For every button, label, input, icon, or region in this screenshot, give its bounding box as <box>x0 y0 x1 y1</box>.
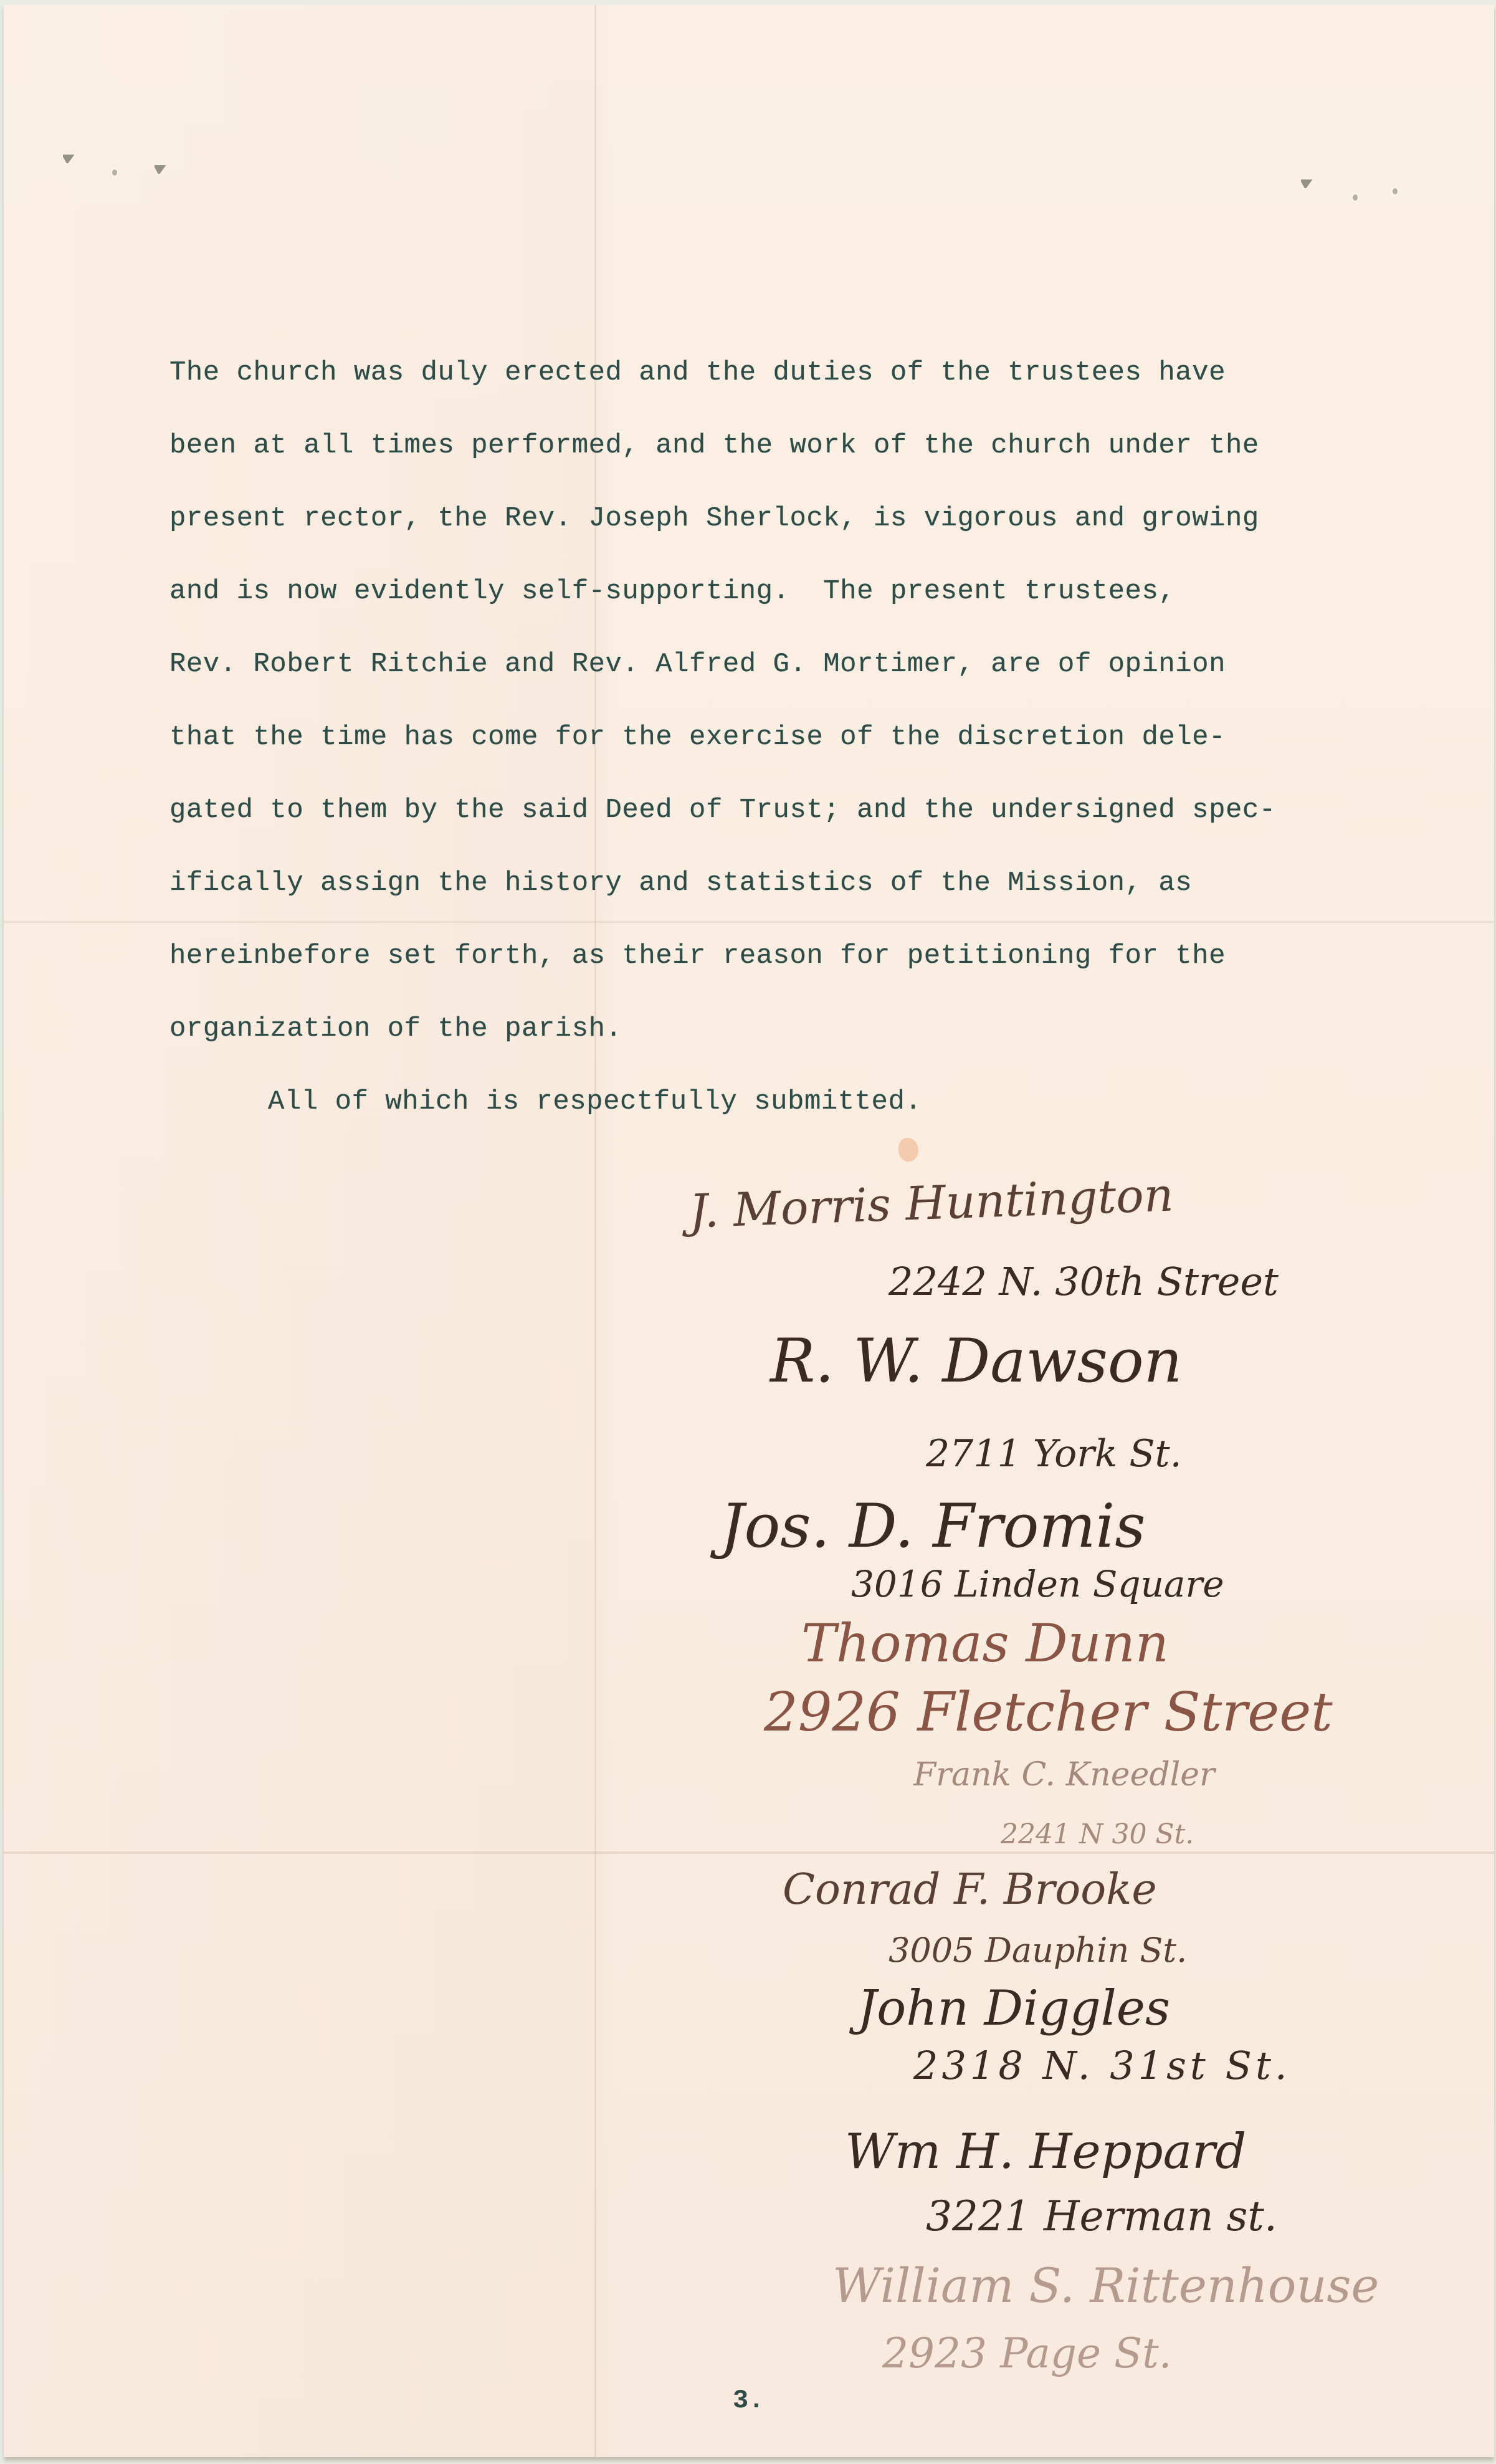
body-line: organization of the parish. <box>169 1010 1416 1083</box>
signature-name: John Diggles <box>857 1980 1170 2037</box>
body-line: been at all times performed, and the wor… <box>169 427 1416 500</box>
punch-hole-icon <box>1391 187 1399 196</box>
body-line: gated to them by the said Deed of Trust;… <box>169 791 1416 864</box>
signature-address: 3005 Dauphin St. <box>889 1931 1187 1970</box>
signature-name: Jos. D. Fromis <box>720 1491 1145 1561</box>
signature-address: 2926 Fletcher Street <box>764 1681 1333 1744</box>
signature-name: Frank C. Kneedler <box>913 1756 1215 1793</box>
signature-name: J. Morris Huntington <box>688 1168 1174 1238</box>
signature-address: 2318 N. 31st St. <box>913 2043 1291 2088</box>
body-line: hereinbefore set forth, as their reason … <box>169 937 1416 1010</box>
document-page: The church was duly erected and the duti… <box>4 5 1494 2457</box>
body-line: The church was duly erected and the duti… <box>169 354 1416 427</box>
body-line: present rector, the Rev. Joseph Sherlock… <box>169 500 1416 573</box>
body-line: ifically assign the history and statisti… <box>169 864 1416 937</box>
punch-hole-icon <box>1351 193 1359 202</box>
body-line: Rev. Robert Ritchie and Rev. Alfred G. M… <box>169 646 1416 719</box>
paper-fold-horizontal <box>4 1851 1494 1854</box>
signature-name: R. W. Dawson <box>770 1326 1183 1396</box>
typed-body: The church was duly erected and the duti… <box>169 354 1416 1156</box>
punch-hole-icon <box>1300 178 1313 189</box>
signature-name: Thomas Dunn <box>801 1613 1169 1674</box>
punch-hole-icon <box>62 153 75 165</box>
signature-address: 2241 N 30 St. <box>1001 1818 1194 1850</box>
body-line: that the time has come for the exercise … <box>169 719 1416 791</box>
punch-hole-icon <box>153 164 167 175</box>
closing-line: All of which is respectfully submitted. <box>268 1083 1416 1156</box>
signature-address: 2242 N. 30th Street <box>889 1259 1279 1304</box>
page-number: 3. <box>733 2385 764 2415</box>
signature-address: 2711 York St. <box>926 1432 1182 1476</box>
body-line: and is now evidently self-supporting. Th… <box>169 573 1416 646</box>
signature-name: William S. Rittenhouse <box>832 2258 1379 2313</box>
signature-address: 3221 Herman st. <box>926 2192 1277 2240</box>
signature-name: Wm H. Heppard <box>845 2124 1246 2180</box>
punch-hole-icon <box>111 168 118 177</box>
signature-address: 2923 Page St. <box>882 2329 1172 2377</box>
signature-name: Conrad F. Brooke <box>783 1865 1157 1914</box>
signature-address: 3016 Linden Square <box>851 1563 1224 1605</box>
